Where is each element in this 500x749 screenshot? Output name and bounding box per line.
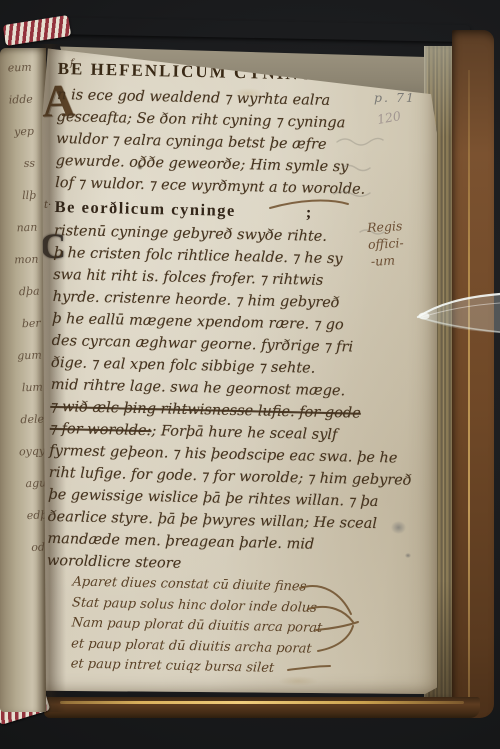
photograph-of-manuscript: eum idde yep ss llþ nan mon dþa ber gum … — [0, 0, 500, 749]
leather-cover-bottom — [44, 697, 480, 718]
text-fragment: edþ — [26, 507, 47, 523]
text-fragment: agu — [25, 475, 46, 491]
text-fragment: ber — [21, 316, 40, 332]
text-fragment: lum — [21, 380, 43, 396]
text-fragment: dþa — [19, 284, 40, 300]
heading-punctuation: ; — [306, 202, 313, 221]
text-fragment: gum — [17, 348, 42, 364]
text-fragment: eum — [7, 60, 32, 76]
main-text-block: BE HEFENLICUM CYNINGE :· n is ece god we… — [44, 54, 405, 682]
text-fragment: dele — [20, 411, 44, 427]
text-fragment: mon — [14, 252, 39, 268]
struck-text: ⁊ for worolde: — [50, 421, 152, 439]
gold-fillet-line-bottom — [60, 701, 464, 704]
gold-fillet-line-right — [468, 70, 470, 700]
heading-text: Be eorðlicum cyninge — [54, 197, 236, 220]
text-fragment: llþ — [22, 188, 37, 203]
striped-headband-top — [3, 15, 71, 46]
text-fragment: ss — [23, 156, 35, 171]
manuscript-page: f t· A C 123. p. 71 120 Regis offici- -u… — [42, 42, 437, 694]
gray-speck — [405, 553, 411, 558]
text-fragment: yep — [14, 124, 34, 140]
text-after-strike: ; Forþā hure he sceal sylf — [151, 423, 337, 443]
book-top-edge — [46, 17, 470, 42]
text-fragment: oyqy — [19, 443, 46, 459]
text-fragment: nan — [16, 220, 37, 236]
text-fragment: idde — [8, 92, 33, 108]
leather-cover-right — [452, 30, 494, 718]
facing-page-sliver: eum idde yep ss llþ nan mon dþa ber gum … — [0, 48, 46, 712]
paragraph-mark: t· — [44, 200, 51, 211]
